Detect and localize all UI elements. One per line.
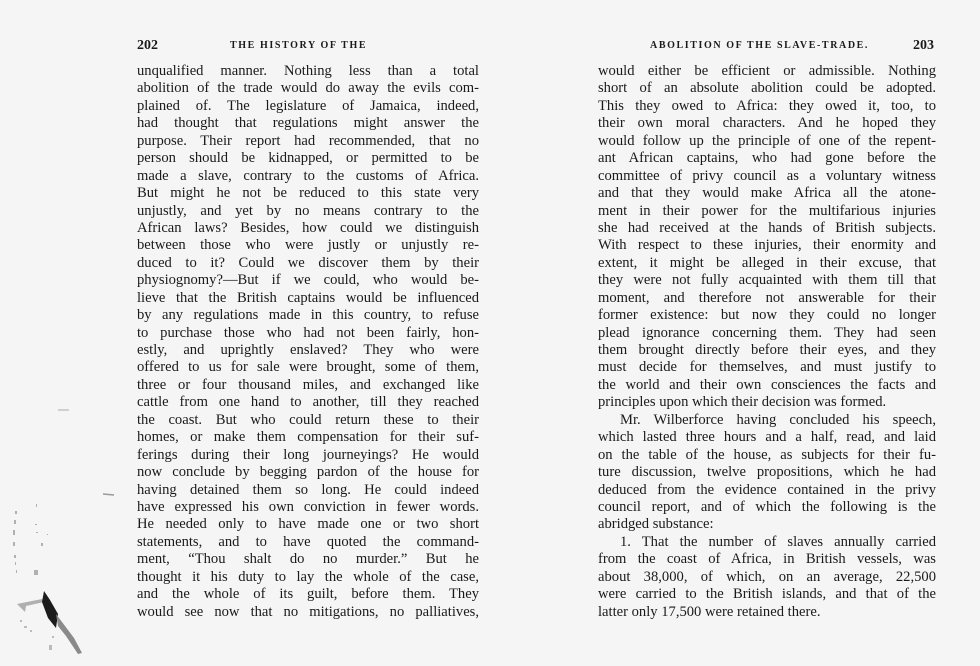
page-number: 203 <box>913 38 934 54</box>
running-head: THE HISTORY OF THE <box>230 40 367 51</box>
text-line: and the whole of its guilt, before them.… <box>137 586 479 603</box>
text-line: made a slave, contrary to the customs of… <box>137 168 479 185</box>
text-line: With respect to these injuries, their en… <box>598 237 936 254</box>
text-line: now conclude by begging pardon of the ho… <box>137 464 479 481</box>
text-line: extent, it might be alleged in their exc… <box>598 255 936 272</box>
text-line: deduced from the evidence contained in t… <box>598 482 936 499</box>
text-line: abridged substance: <box>598 516 936 533</box>
text-line: they were not fully acquainted with them… <box>598 272 936 289</box>
text-line: principles upon which their decision was… <box>598 394 936 411</box>
text-line: the world and their own consciences the … <box>598 377 936 394</box>
text-line: duced to it? Could we discover them by t… <box>137 255 479 272</box>
text-line: homes, or make them compensation for the… <box>137 429 479 446</box>
running-head: ABOLITION OF THE SLAVE-TRADE. <box>650 40 869 51</box>
left-page-body: unqualified manner. Nothing less than a … <box>137 63 479 621</box>
text-line: 1. That the number of slaves annually ca… <box>598 534 936 551</box>
text-line: He needed only to have made one or two s… <box>137 516 479 533</box>
text-line: ment, “Thou shalt do no murder.” But he <box>137 551 479 568</box>
text-line: about 38,000, of which, on an average, 2… <box>598 569 936 586</box>
text-line: plained of. The legislature of Jamaica, … <box>137 98 479 115</box>
text-line: three or four thousand miles, and exchan… <box>137 377 479 394</box>
text-line: on the table of the house, as subjects f… <box>598 447 936 464</box>
text-line: must decide for themselves, and must jus… <box>598 359 936 376</box>
text-line: ant African captains, who had gone befor… <box>598 150 936 167</box>
text-line: would follow up the principle of one of … <box>598 133 936 150</box>
text-line: former existence: but now they could no … <box>598 307 936 324</box>
text-line: statements, and to have quoted the comma… <box>137 534 479 551</box>
text-line: thought it his duty to lay the whole of … <box>137 569 479 586</box>
text-line: cattle from one hand to another, till th… <box>137 394 479 411</box>
text-line: have expressed his own conviction in few… <box>137 499 479 516</box>
text-line: the coast. But who could return these to… <box>137 412 479 429</box>
text-line: person should be kidnapped, or permitted… <box>137 150 479 167</box>
text-line: having detained them so long. He could i… <box>137 482 479 499</box>
text-line: council report, and of which the followi… <box>598 499 936 516</box>
text-line: latter only 17,500 were retained there. <box>598 604 936 621</box>
scan-artifact-marks <box>0 380 130 666</box>
text-line: ture discussion, twelve propositions, wh… <box>598 464 936 481</box>
text-line: ment in their power for the multifarious… <box>598 203 936 220</box>
text-line: African laws? Besides, how could we dist… <box>137 220 479 237</box>
text-line: plead ignorance concerning them. They ha… <box>598 325 936 342</box>
text-line: to purchase those who had not been fairl… <box>137 325 479 342</box>
text-line: would see now that no mitigations, no pa… <box>137 604 479 621</box>
text-line: were carried to the British islands, and… <box>598 586 936 603</box>
text-line: their own moral characters. And he hoped… <box>598 115 936 132</box>
page-number: 202 <box>137 38 158 54</box>
text-line: between those who were justly or unjustl… <box>137 237 479 254</box>
text-line: unjustly, and yet by no means contrary t… <box>137 203 479 220</box>
text-line: short of an absolute abolition could be … <box>598 80 936 97</box>
text-line: which lasted three hours and a half, rea… <box>598 429 936 446</box>
text-line: physiognomy?—But if we could, who would … <box>137 272 479 289</box>
text-line: she had received at the hands of British… <box>598 220 936 237</box>
text-line: estly, and uprightly enslaved? They who … <box>137 342 479 359</box>
text-line: purpose. Their report had recommended, t… <box>137 133 479 150</box>
text-line: had thought that regulations might answe… <box>137 115 479 132</box>
text-line: and that they would make Africa all the … <box>598 185 936 202</box>
text-line: unqualified manner. Nothing less than a … <box>137 63 479 80</box>
text-line: committee of privy council as a voluntar… <box>598 168 936 185</box>
text-line: by any regulations made in this country,… <box>137 307 479 324</box>
text-line: from the coast of Africa, in British ves… <box>598 551 936 568</box>
text-line: them brought directly before their eyes,… <box>598 342 936 359</box>
text-line: lieve that the British captains would be… <box>137 290 479 307</box>
text-line: This they owed to Africa: they owed it, … <box>598 98 936 115</box>
right-page-body: would either be efficient or admissible.… <box>598 63 936 621</box>
text-line: would either be efficient or admissible.… <box>598 63 936 80</box>
text-line: ferings during their long journeyings? H… <box>137 447 479 464</box>
text-line: Mr. Wilberforce having concluded his spe… <box>598 412 936 429</box>
right-page-header: ABOLITION OF THE SLAVE-TRADE. 203 <box>598 38 936 54</box>
text-line: abolition of the trade would do away the… <box>137 80 479 97</box>
text-line: offered to us for sale were brought, som… <box>137 359 479 376</box>
left-page-header: 202 THE HISTORY OF THE <box>137 38 479 54</box>
text-line: moment, and therefore not answerable for… <box>598 290 936 307</box>
text-line: But might he not be reduced to this stat… <box>137 185 479 202</box>
